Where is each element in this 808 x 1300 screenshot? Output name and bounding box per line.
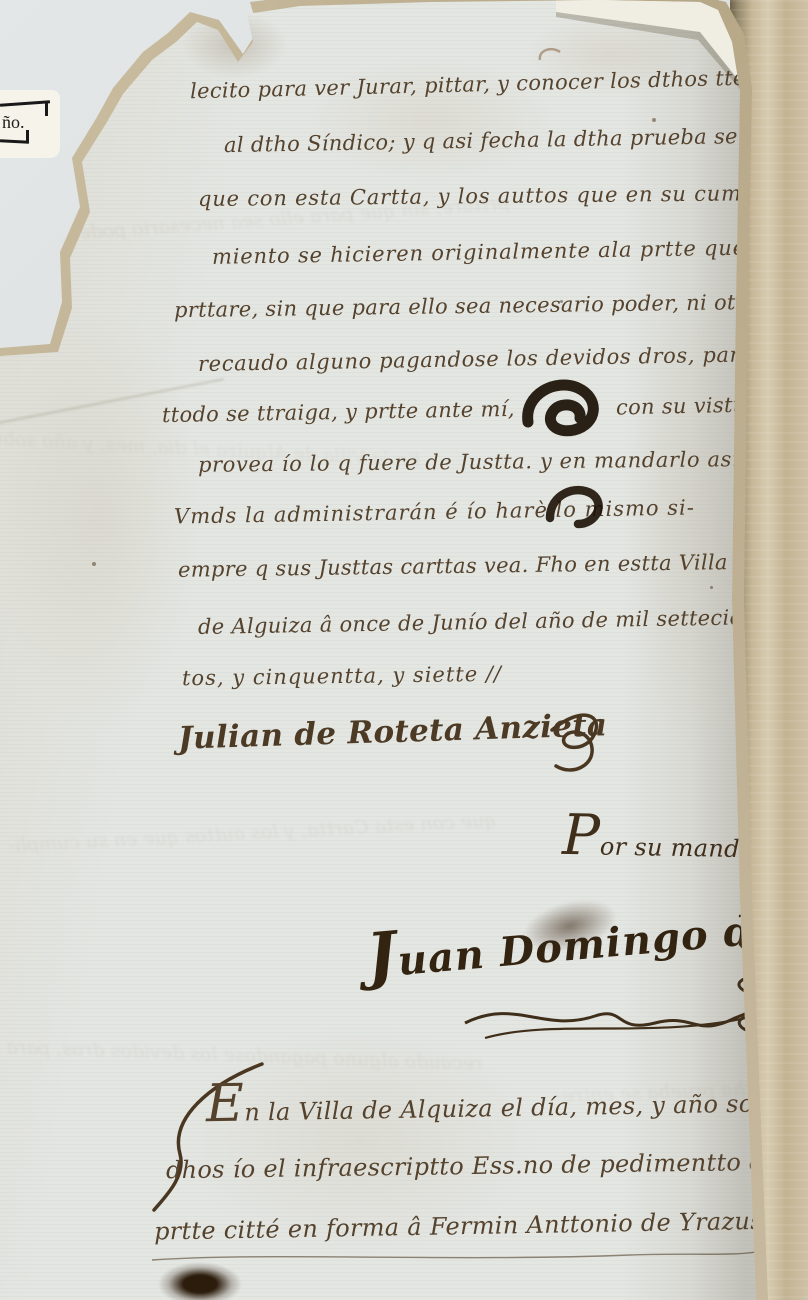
signature-underline-flourish <box>455 978 775 1048</box>
ink-blot <box>516 374 606 440</box>
fragment-rule-tick <box>45 103 48 116</box>
bleedthrough-ghost: que con esta Cartta, y los auttos que en… <box>8 809 497 857</box>
text-line-4: miento se hicieren originalmente ala prt… <box>212 235 775 269</box>
fragment-rule-top <box>0 100 50 106</box>
ink-speck <box>420 962 423 965</box>
bleedthrough-ghost: recaudo alguno pagandose los devidos dro… <box>0 1035 483 1074</box>
ink-speck <box>92 562 96 566</box>
text-line-8: provea ío lo q fuere de Justta. y en man… <box>198 447 739 477</box>
manuscript-page: prttare, sin que para ello sea necesario… <box>0 0 808 1300</box>
ruled-line <box>150 1248 760 1266</box>
closing-line-2: dhos ío el infraescriptto Ess.no de pedi… <box>166 1148 780 1185</box>
fragment-rule-bottom <box>0 139 29 144</box>
printed-margin-fragment: ño. <box>0 90 60 158</box>
ink-stain <box>158 1262 242 1300</box>
ink-speck <box>710 586 713 589</box>
ink-speck <box>560 300 563 303</box>
text-line-10: empre q sus Justtas carttas vea. Fho en … <box>178 550 728 582</box>
fragment-text: ño. <box>2 112 25 133</box>
manuscript-scan: ño. prttare, sin que para ello sea neces… <box>0 0 808 1300</box>
text-line-1: lecito para ver Jurar, pittar, y conocer… <box>190 65 789 104</box>
text-line-12: tos, y cinquentta, y siette // <box>182 662 502 690</box>
closing-line-3: prtte citté en forma â Fermin Anttonio d… <box>154 1206 788 1245</box>
text-line-3: que con esta Cartta, y los auttos que en… <box>198 181 779 211</box>
text-line-2: al dtho Síndico; y q asi fecha la dtha p… <box>224 123 808 157</box>
text-line-9: Vmds la administrarán é ío harè lo mismo… <box>174 495 695 528</box>
text-line-11: de Alguiza â once de Junío del año de mi… <box>198 605 764 639</box>
text-line-7a: ttodo se ttraiga, y prtte ante mí, <box>162 397 515 427</box>
ink-speck <box>652 118 656 122</box>
fragment-rule-tick2 <box>26 130 29 142</box>
signature-julian-roteta: Julian de Roteta Anzieta <box>178 707 608 756</box>
ink-curl-mark <box>536 44 566 66</box>
closing-line-1: En la Villa de Alquiza el día, mes, y añ… <box>206 1085 804 1127</box>
text-line-5: prttare, sin que para ello sea necesario… <box>174 290 768 322</box>
text-line-7b: con su vistta <box>616 393 755 420</box>
text-line-6: recaudo alguno pagandose los devidos dro… <box>198 342 775 376</box>
